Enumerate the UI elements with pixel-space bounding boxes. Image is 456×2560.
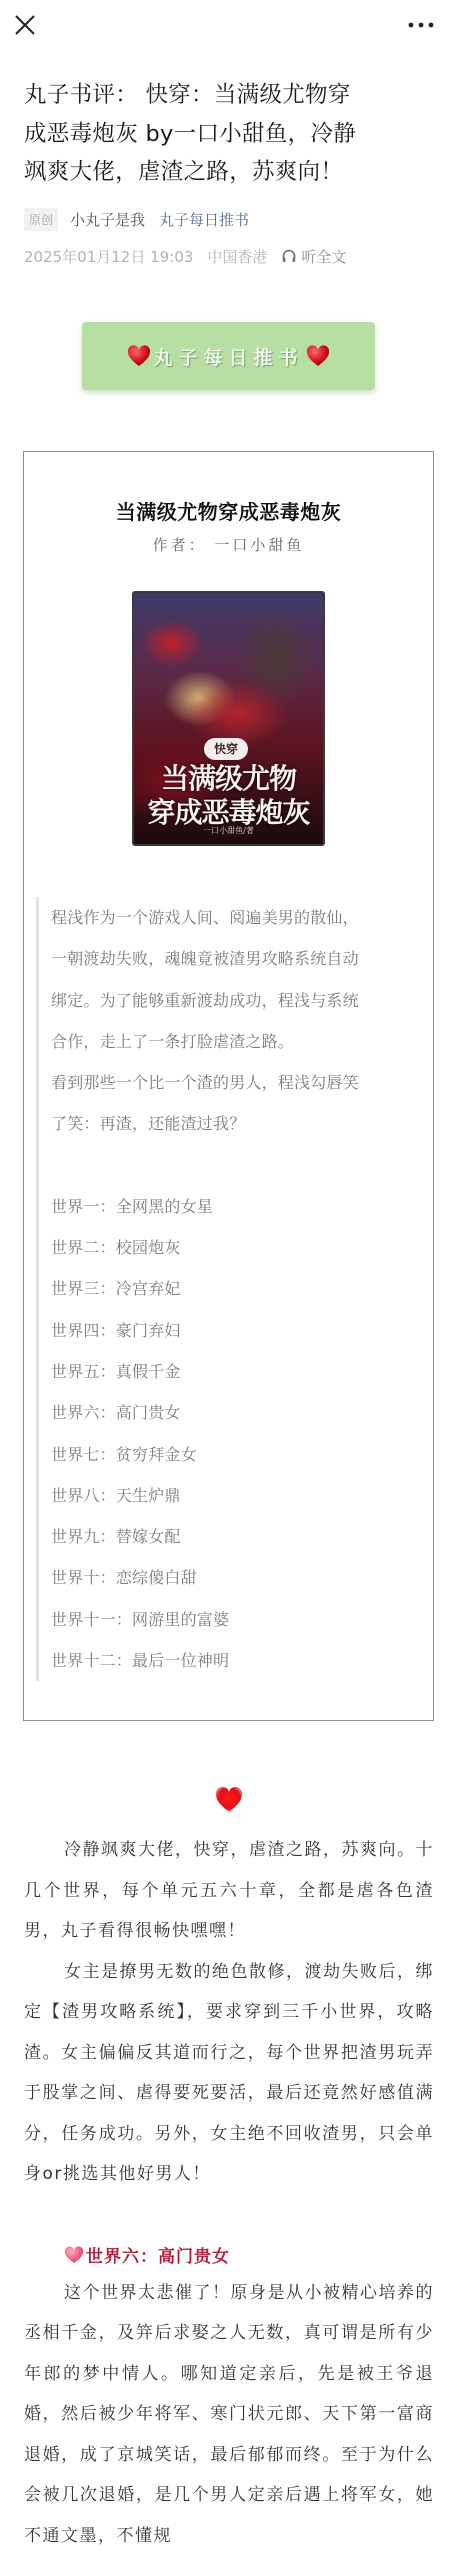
listen-button[interactable]: 听全文 <box>281 246 346 267</box>
body-paragraph: 这个世界太悲催了！原身是从小被精心培养的丞相千金，及笄后求娶之人无数，真可谓是所… <box>24 2273 434 2557</box>
close-icon <box>12 12 38 38</box>
synopsis-line: 绑定。为了能够重新渡劫成功，程浅与系统 <box>51 980 416 1021</box>
cover-author: 一口小甜鱼/著 <box>134 825 323 836</box>
account-link[interactable]: 丸子每日推书 <box>159 209 249 230</box>
synopsis-line: 看到那些一个比一个渣的男人，程浅勾唇笑 <box>51 1062 416 1103</box>
section-title: 世界六：高门贵女 <box>86 2242 230 2267</box>
world-item: 世界十：恋综傻白甜 <box>51 1557 416 1598</box>
world-item: 世界十一：网游里的富婆 <box>51 1599 416 1640</box>
article-meta: 原创 小丸子是我 丸子每日推书 <box>24 207 263 231</box>
heart-divider-icon <box>214 1786 244 1814</box>
publish-location: 中国香港 <box>207 246 267 267</box>
close-button[interactable] <box>12 12 38 38</box>
world-item: 世界一：全网黑的女星 <box>51 1186 416 1227</box>
book-author: 作者： 一口小甜鱼 <box>24 534 433 555</box>
world-item: 世界三：冷宫弃妃 <box>51 1268 416 1309</box>
publish-date: 2025年01月12日 19:03 <box>24 246 193 267</box>
heart-icon <box>127 345 151 367</box>
book-card: 当满级尤物穿成恶毒炮灰 作者： 一口小甜鱼 快穿 当满级尤物 穿成恶毒炮灰 一口… <box>23 451 434 1721</box>
synopsis-line: 了笑：再渣，还能渣过我？ <box>51 1103 416 1144</box>
synopsis-line: 程浅作为一个游戏人间、阅遍美男的散仙， <box>51 897 416 938</box>
world-item: 世界八：天生炉鼎 <box>51 1475 416 1516</box>
heart-icon <box>306 345 330 367</box>
body-paragraph: 冷静飒爽大佬，快穿，虐渣之路，苏爽向。十几个世界，每个单元五六十章，全都是虐各色… <box>24 1830 434 1952</box>
synopsis-line: 一朝渡劫失败，魂魄竟被渣男攻略系统自动 <box>51 938 416 979</box>
title-line: 飒爽大佬，虐渣之路，苏爽向！ <box>24 153 434 192</box>
book-cover-image[interactable]: 快穿 当满级尤物 穿成恶毒炮灰 一口小甜鱼/著 <box>132 591 325 846</box>
world-item: 世界十二：最后一位神明 <box>51 1640 416 1681</box>
more-dots-icon <box>405 14 439 36</box>
article-title: 丸子书评： 快穿：当满级尤物穿 成恶毒炮灰 by一口小甜鱼，冷静 飒爽大佬，虐渣… <box>24 76 434 192</box>
world-item: 世界二：校园炮灰 <box>51 1227 416 1268</box>
title-line: 成恶毒炮灰 by一口小甜鱼，冷静 <box>24 115 434 154</box>
world-item: 世界九：替嫁女配 <box>51 1516 416 1557</box>
world-item: 世界四：豪门弃妇 <box>51 1310 416 1351</box>
spacer <box>51 1145 416 1186</box>
original-tag: 原创 <box>24 208 58 231</box>
book-title: 当满级尤物穿成恶毒炮灰 <box>24 496 433 525</box>
body-paragraph: 女主是撩男无数的绝色散修，渡劫失败后，绑定【渣男攻略系统】，要求穿到三千小世界，… <box>24 1952 434 2195</box>
article-body: 冷静飒爽大佬，快穿，虐渣之路，苏爽向。十几个世界，每个单元五六十章，全都是虐各色… <box>24 1830 434 2556</box>
world-item: 世界六：高门贵女 <box>51 1392 416 1433</box>
author-link[interactable]: 小丸子是我 <box>70 209 145 230</box>
section-heading: 世界六：高门贵女 <box>24 2237 434 2273</box>
pink-heart-icon <box>64 2246 84 2264</box>
top-bar <box>0 0 456 50</box>
title-line: 丸子书评： 快穿：当满级尤物穿 <box>24 76 434 115</box>
listen-label: 听全文 <box>301 246 346 267</box>
world-item: 世界七：贫穷拜金女 <box>51 1434 416 1475</box>
headphones-icon <box>281 248 297 264</box>
promo-banner: 丸子每日推书 <box>82 322 375 390</box>
synopsis-line: 合作，走上了一条打脸虐渣之路。 <box>51 1021 416 1062</box>
more-options-button[interactable] <box>405 14 439 36</box>
banner-label: 丸子每日推书 <box>153 343 303 370</box>
synopsis-quote: 程浅作为一个游戏人间、阅遍美男的散仙， 一朝渡劫失败，魂魄竟被渣男攻略系统自动 … <box>36 897 416 1681</box>
publish-info: 2025年01月12日 19:03 中国香港 听全文 <box>24 244 346 268</box>
world-item: 世界五：真假千金 <box>51 1351 416 1392</box>
